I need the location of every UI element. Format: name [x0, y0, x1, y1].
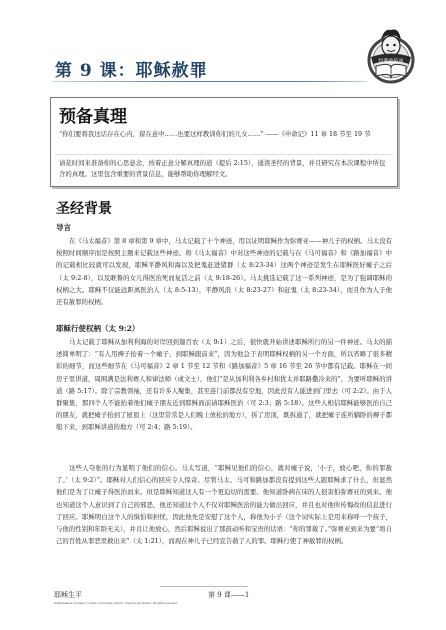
title-divider	[52, 81, 367, 82]
footer-page-number: 第 9 课——1	[208, 590, 249, 600]
lesson-title: 第 9 课：耶稣赦罪	[55, 56, 208, 81]
memory-verse: “你们要将我这话存在心内，留在意中……也要这样教训你们的儿女……” ——《申命记…	[59, 129, 391, 139]
section2-heading: 耶稣行使权柄（太 9:2）	[56, 323, 139, 334]
intro-paragraph: 在《马太福音》第 8 章和第 9 章中，马太记载了十个神迹，用以证明耶稣作为弥赛…	[56, 235, 392, 308]
footer-copyright: Ambassadors of Grace © Grace Community C…	[54, 601, 178, 605]
document-page: 第 9 课：耶稣赦罪 经典的传承 预备真理 “你们要将我这话存在心内，留在意中……	[0, 0, 446, 630]
section-title-background: 圣经背景	[56, 198, 112, 218]
section2-paragraph-1: 马太记载了耶稣从加利利海的对岸回到迦百农（太 9:1）之后，很快就开始讲述耶稣所…	[56, 336, 392, 434]
prep-truth-box: 预备真理 “你们要将我这话存在心内，留在意中……也要这样教训你们的儿女……” —…	[50, 97, 398, 187]
intro-heading: 导言	[56, 222, 71, 233]
logo-icon: 经典的传承	[366, 24, 416, 86]
section2-paragraph-2: 这些人夺张的行为显明了他们的信心。马太写道，“耶稣见他们的信心，就对瘫子说，‘小…	[56, 462, 392, 547]
prep-instructions: 请花时间来准备你的心思意念，按着正意分解真理的道（提后 2:15），通读圣经的背…	[59, 158, 391, 180]
footer-course-title: 耶稣生平	[54, 590, 82, 600]
footer-divider	[160, 586, 248, 587]
prep-truth-title: 预备真理	[59, 102, 127, 127]
logo-banner-text: 经典的传承	[378, 58, 403, 65]
prep-divider	[55, 154, 393, 155]
